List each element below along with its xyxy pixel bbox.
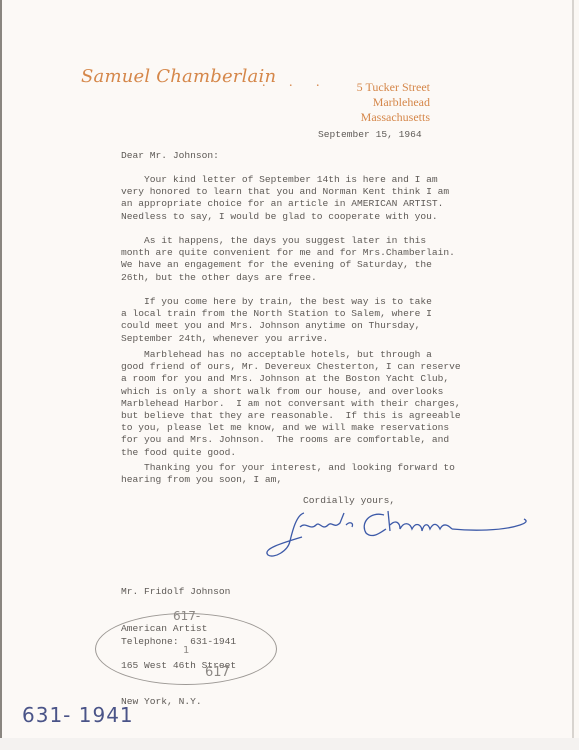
scan-background bbox=[0, 738, 579, 750]
telephone-line: Telephone: 631-1941 bbox=[121, 636, 236, 648]
salutation: Dear Mr. Johnson: bbox=[121, 150, 219, 162]
pencil-note-area-code: 617- bbox=[173, 609, 200, 623]
telephone-label: Telephone: bbox=[121, 636, 179, 647]
paragraph-3: If you come here by train, the best way … bbox=[121, 296, 432, 345]
letterhead-address: 5 Tucker Street Marblehead Massachusetts bbox=[357, 80, 430, 125]
paragraph-2: As it happens, the days you suggest late… bbox=[121, 235, 455, 284]
telephone-block: 617- Telephone: 631-1941 1 617 bbox=[95, 605, 295, 705]
page-edge bbox=[0, 0, 2, 750]
handwritten-phone-note: 631- 1941 bbox=[22, 703, 134, 727]
telephone-number: 631-1941 bbox=[190, 636, 236, 647]
paragraph-4: Marblehead has no acceptable hotels, but… bbox=[121, 349, 461, 459]
pencil-note-area-code-2: 617 bbox=[205, 665, 230, 680]
signature: Samuel Chamberlain bbox=[262, 503, 532, 563]
address-town: Marblehead bbox=[357, 95, 430, 110]
address-state: Massachusetts bbox=[357, 110, 430, 125]
letter-page: Samuel Chamberlain . . . 5 Tucker Street… bbox=[0, 0, 574, 738]
svg-text:Samuel Chamberlain: Samuel Chamberlain bbox=[262, 503, 435, 508]
recipient-name: Mr. Fridolf Johnson bbox=[121, 586, 236, 598]
letterhead-dots: . . . bbox=[262, 75, 320, 91]
letter-date: September 15, 1964 bbox=[318, 129, 422, 141]
pencil-note-mark: 1 bbox=[183, 645, 189, 656]
paragraph-5: Thanking you for your interest, and look… bbox=[121, 462, 455, 486]
paragraph-1: Your kind letter of September 14th is he… bbox=[121, 174, 449, 223]
address-street: 5 Tucker Street bbox=[357, 80, 430, 95]
letterhead-name: Samuel Chamberlain bbox=[81, 66, 276, 87]
